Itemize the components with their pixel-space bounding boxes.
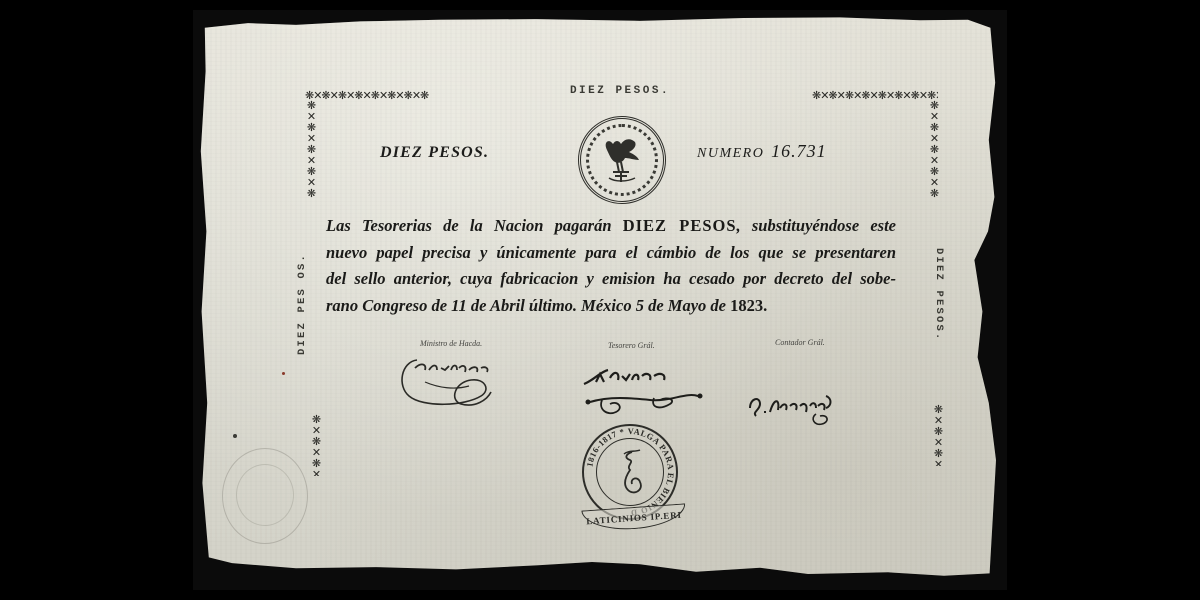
signature-batres-icon <box>580 362 705 422</box>
body-line-3: del sello anterior, cuya fabricacion y e… <box>326 266 896 293</box>
body-line-1-caps: DIEZ PESOS <box>623 216 737 235</box>
photo-background: ❋✕❋✕❋✕❋✕❋✕❋✕❋✕❋✕❋✕❋✕❋✕❋✕❋✕❋✕❋✕ ❋✕❋✕❋✕❋✕❋… <box>0 0 1200 600</box>
promissory-text: Las Tesorerias de la Nacion pagarán DIEZ… <box>326 213 896 319</box>
side-text-right: DIEZ PESOS. <box>933 248 945 342</box>
top-heading: DIEZ PESOS. <box>520 85 720 97</box>
signature-title-comptroller: Contador Grál. <box>775 338 825 347</box>
body-line-4-pre: rano Congreso de 11 de Abril último. Méx… <box>326 296 730 315</box>
ornament-top-left-horizontal: ❋✕❋✕❋✕❋✕❋✕❋✕❋✕❋✕❋✕❋✕❋✕❋✕❋✕❋✕❋✕ <box>305 90 429 102</box>
ornament-top-left-vertical: ❋✕❋✕❋✕❋✕❋✕❋✕❋✕❋✕❋✕❋✕❋✕❋✕❋✕❋✕❋✕ <box>305 100 317 200</box>
ink-speck <box>233 434 237 438</box>
body-line-4: rano Congreso de 11 de Abril último. Méx… <box>326 293 896 320</box>
body-line-2: nuevo papel precisa y únicamente para el… <box>326 240 896 267</box>
serial-label: NUMERO <box>697 146 764 161</box>
body-line-1-pre: Las Tesorerias de la Nacion pagarán <box>326 216 623 235</box>
body-line-1: Las Tesorerias de la Nacion pagarán DIEZ… <box>326 213 896 240</box>
body-line-1-post: , substituyéndose este <box>737 216 896 235</box>
serial-value: 16.731 <box>771 141 827 161</box>
serial-number: NUMERO 16.731 <box>697 141 827 162</box>
ornament-top-right-vertical: ❋✕❋✕❋✕❋✕❋✕❋✕❋✕❋✕❋✕❋✕❋✕❋✕❋✕❋✕❋✕ <box>928 100 940 198</box>
signature-title-treasurer: Tesorero Grál. <box>608 341 655 350</box>
body-line-4-year: 1823. <box>730 296 767 315</box>
ornament-bottom-right-vertical: ❋✕❋✕❋✕❋✕❋✕❋✕❋✕❋✕❋✕❋✕❋✕❋✕❋✕❋✕❋✕ <box>932 404 944 466</box>
ornament-bottom-left-vertical: ❋✕❋✕❋✕❋✕❋✕❋✕❋✕❋✕❋✕❋✕❋✕❋✕❋✕❋✕❋✕ <box>310 414 322 476</box>
eagle-icon <box>597 132 647 188</box>
faint-stamp-inner-ring <box>236 464 294 526</box>
ink-speck <box>282 372 285 375</box>
signature-mangino-icon <box>746 388 836 428</box>
denomination-label: DIEZ PESOS. <box>380 144 489 162</box>
signature-title-minister: Ministro de Hacda. <box>420 339 482 348</box>
signature-arrillaga-icon <box>395 352 505 412</box>
side-text-left: DIEZ PES OS. <box>296 253 308 355</box>
eagle-seal-icon <box>578 116 666 204</box>
ornament-top-right-horizontal: ❋✕❋✕❋✕❋✕❋✕❋✕❋✕❋✕❋✕❋✕❋✕❋✕❋✕❋✕❋✕ <box>812 90 938 102</box>
